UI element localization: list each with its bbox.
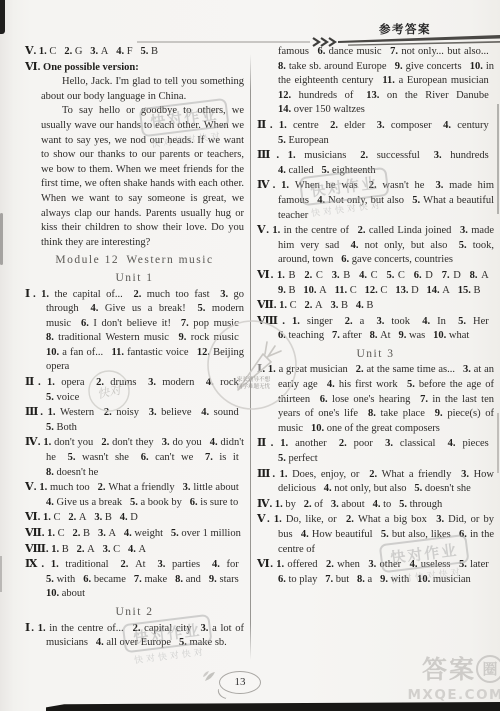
brand-stamp-icon: 快对 bbox=[86, 368, 132, 414]
answer-block: Ⅵ. One possible version: bbox=[25, 60, 244, 76]
answer-block: Ⅳ. 1. by 2. of 3. about 4. to 5. through bbox=[257, 497, 494, 513]
answer-block: Ⅶ. 1. C 2. B 3. A 4. weight 5. over 1 mi… bbox=[25, 526, 244, 542]
scan-artifact bbox=[0, 556, 2, 592]
answer-block: Ⅴ. 1. C 2. G 3. A 4. F 5. B bbox=[25, 44, 244, 60]
answer-block: Ⅴ. 1. much too 2. What a friendly 3. lit… bbox=[25, 480, 244, 510]
answer-block: Ⅲ. 1. Does, enjoy, or 2. What a friendly… bbox=[257, 467, 494, 497]
scan-edge-bottom bbox=[46, 702, 500, 711]
watermark-answer-site: 答案圈 MXQE.COM bbox=[408, 650, 500, 703]
answer-block: Ⅵ. 1. B 2. C 3. B 4. C 5. C 6. D 7. D 8.… bbox=[257, 268, 494, 298]
section-heading: Module 12 Western music bbox=[25, 253, 244, 268]
circled-character-icon: 圈 bbox=[476, 655, 500, 683]
answer-block: Ⅳ. 1. don't you 2. don't they 3. do you … bbox=[25, 435, 244, 480]
answer-block: Ⅱ. 1. another 2. poor 3. classical 4. pi… bbox=[257, 436, 494, 466]
watermark-note-line1: 家长辅导不想 bbox=[237, 377, 270, 384]
page-number-bubble: 13 bbox=[219, 671, 261, 694]
leaf-decoration-icon bbox=[201, 668, 218, 685]
carrot-stamp-icon bbox=[205, 318, 300, 413]
section-heading: Unit 2 bbox=[25, 605, 244, 620]
watermark-site-url: MXQE.COM bbox=[408, 687, 500, 703]
answer-block: Ⅷ. 1. B 2. A 3. C 4. A bbox=[25, 542, 244, 558]
watermark-answer-brand-text: 答案 bbox=[422, 655, 476, 684]
watermark-answer-brand: 答案圈 bbox=[408, 650, 500, 686]
answer-block: Ⅴ. 1. in the centre of 2. called Linda j… bbox=[257, 223, 494, 268]
svg-text:快对: 快对 bbox=[96, 382, 124, 401]
scanned-answer-page: 参考答案 Ⅴ. 1. C 2. G 3. A 4. F 5. BⅥ. One p… bbox=[0, 0, 500, 711]
scan-artifact bbox=[0, 213, 3, 265]
scan-artifact bbox=[0, 0, 5, 34]
answer-block: Ⅵ. 1. C 2. A 3. B 4. D bbox=[25, 510, 244, 526]
watermark-note: 家长辅导不想 同学难题无忧 bbox=[237, 377, 270, 390]
page-number: 13 bbox=[235, 676, 246, 688]
answer-block: famous 6. dance music 7. not only... but… bbox=[257, 45, 494, 118]
watermark-kuaidui-4: 快对作业 快对快对快对 bbox=[122, 614, 215, 667]
answer-block: Ⅱ. 1. centre 2. elder 3. composer 4. cen… bbox=[257, 118, 494, 148]
section-heading: Unit 1 bbox=[25, 271, 244, 286]
right-column: famous 6. dance music 7. not only... but… bbox=[257, 45, 494, 587]
watermark-note-line2: 同学难题无忧 bbox=[237, 384, 270, 391]
scan-artifact bbox=[497, 104, 499, 214]
answer-block: Ⅶ. 1. C 2. A 3. B 4. B bbox=[257, 298, 494, 314]
scan-artifact bbox=[497, 413, 499, 473]
answer-block: Ⅸ. 1. traditional 2. At 3. parties 4. fo… bbox=[25, 557, 244, 602]
